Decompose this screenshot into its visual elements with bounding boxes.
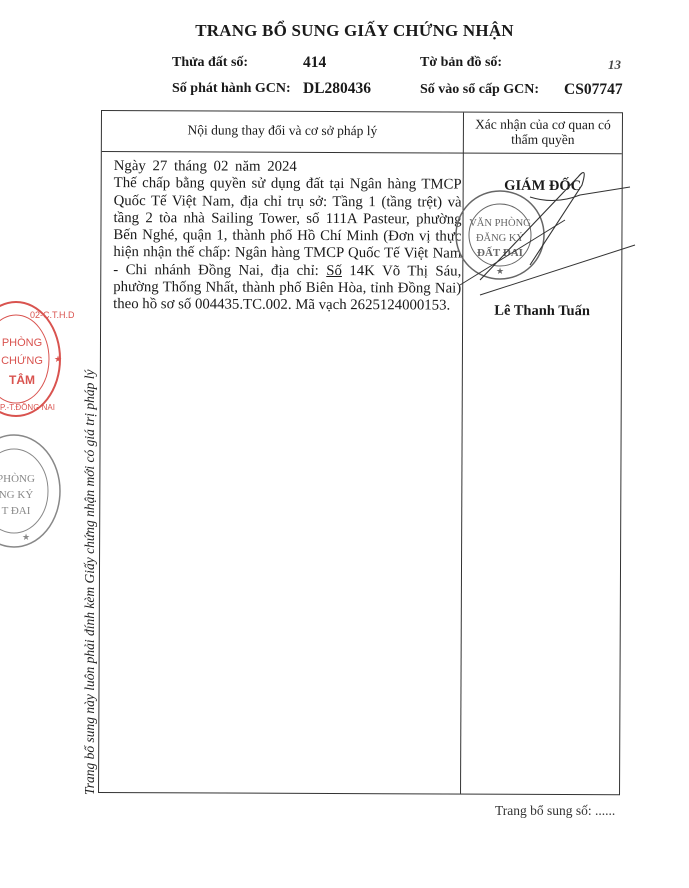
change-entry: Ngày 27 tháng 02 năm 2024 Thế chấp bằng … bbox=[113, 158, 462, 315]
notary-stamp: 02-C.T.H.D PHÒNG CHỨNG TÂM ★ P.-T.ĐỒNG N… bbox=[0, 300, 64, 418]
side-note: Trang bổ sung này luôn phải đính kèm Giấ… bbox=[82, 369, 98, 795]
svg-text:NG KÝ: NG KÝ bbox=[0, 489, 33, 501]
page-number-footer: Trang bổ sung số: ...... bbox=[495, 803, 615, 819]
col-header-confirmation: Xác nhận của cơ quan có thẩm quyền bbox=[464, 117, 622, 148]
parcel-value: 414 bbox=[303, 54, 326, 72]
svg-text:CHỨNG: CHỨNG bbox=[1, 354, 43, 367]
signer-name: Lê Thanh Tuấn bbox=[463, 303, 621, 321]
svg-text:T ĐAI: T ĐAI bbox=[2, 505, 31, 517]
register-no-value: CS07747 bbox=[564, 81, 623, 99]
map-sheet-value: 13 bbox=[608, 57, 621, 73]
entry-date: Ngày 27 tháng 02 năm 2024 bbox=[114, 158, 462, 177]
signature bbox=[460, 165, 640, 295]
svg-text:★: ★ bbox=[54, 354, 62, 364]
svg-text:02-C.T.H.D: 02-C.T.H.D bbox=[30, 310, 75, 320]
issue-no-label: Số phát hành GCN: bbox=[172, 81, 291, 97]
svg-text:P.-T.ĐỒNG NAI: P.-T.ĐỒNG NAI bbox=[0, 402, 55, 412]
col-header-content: Nội dung thay đổi và cơ sở pháp lý bbox=[102, 122, 463, 140]
entry-body-underlined: Số bbox=[326, 263, 342, 279]
svg-text:★: ★ bbox=[22, 532, 30, 542]
register-no-label: Số vào sổ cấp GCN: bbox=[420, 82, 539, 98]
map-sheet-label: Tờ bản đồ số: bbox=[420, 55, 502, 71]
svg-text:PHÒNG: PHÒNG bbox=[0, 473, 35, 485]
issue-no-value: DL280436 bbox=[303, 80, 371, 98]
office-stamp-partial: PHÒNG NG KÝ T ĐAI ★ bbox=[0, 432, 66, 550]
svg-text:PHÒNG: PHÒNG bbox=[2, 336, 42, 349]
document-title: TRANG BỔ SUNG GIẤY CHỨNG NHẬN bbox=[0, 21, 689, 41]
svg-text:TÂM: TÂM bbox=[9, 372, 35, 387]
parcel-label: Thửa đất số: bbox=[172, 55, 248, 71]
